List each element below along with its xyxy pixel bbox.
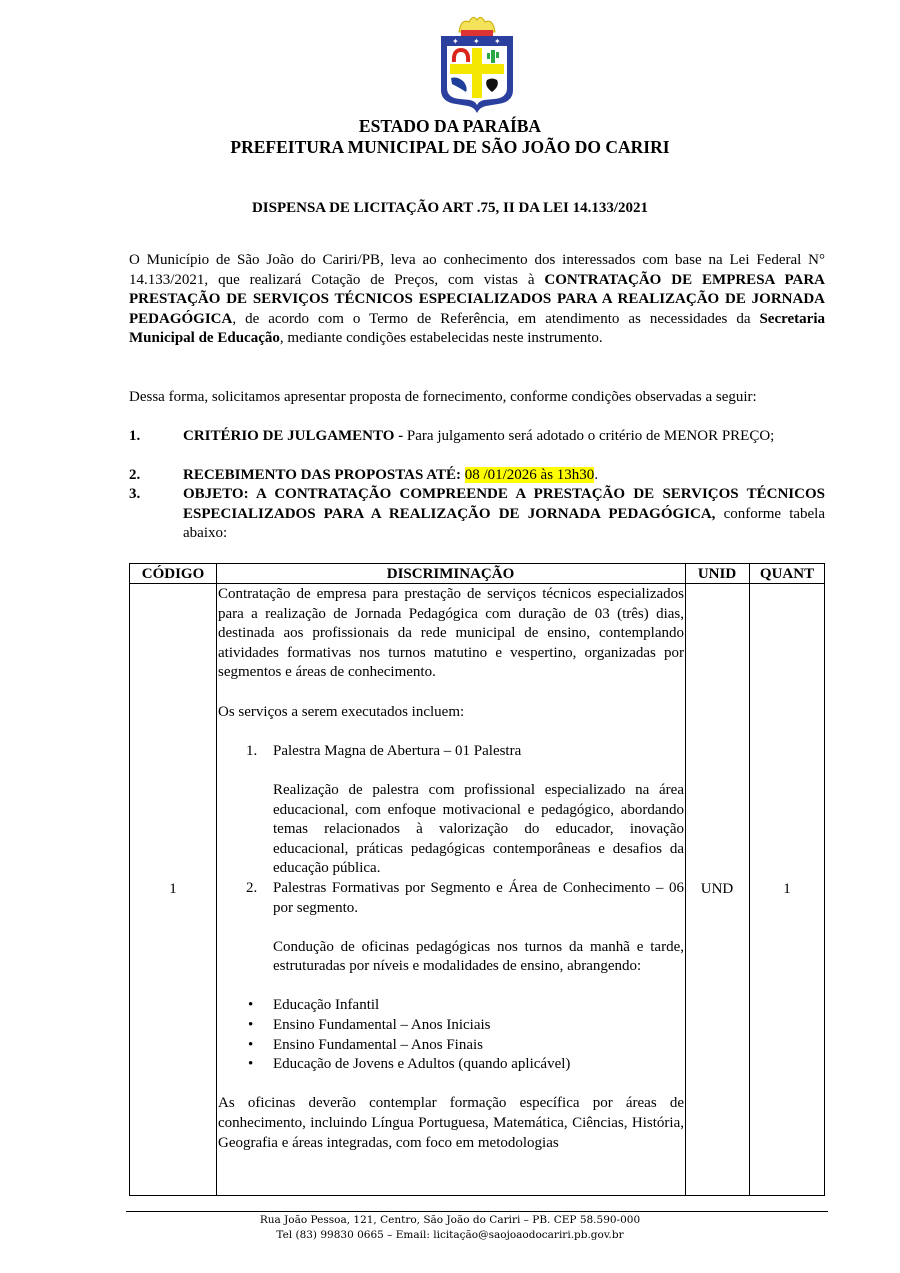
item-object: OBJETO: A CONTRATAÇÃO COMPREENDE A PREST… [183,485,825,544]
prefecture-heading: PREFEITURA MUNICIPAL DE SÃO JOÃO DO CARI… [0,137,900,158]
lead-paragraph: Dessa forma, solicitamos apresentar prop… [129,388,825,408]
cell-code: 1 [130,880,216,900]
column-header-description: DISCRIMINAÇÃO [216,564,685,584]
segment-item: •Ensino Fundamental – Anos Finais [218,1036,684,1056]
service-item-2: 2. Palestras Formativas por Segmento e Á… [218,879,684,977]
bullet-icon: • [248,996,253,1016]
item-proposal-deadline: RECEBIMENTO DAS PROPOSTAS ATÉ: 08 /01/20… [183,466,825,486]
document-title: DISPENSA DE LICITAÇÃO ART .75, II DA LEI… [0,199,900,217]
crest-icon: ✦ ✦ ✦ [436,10,518,114]
service-number: 1. [246,742,257,762]
bullet-icon: • [248,1036,253,1056]
cell-quantity: 1 [749,880,825,900]
segment-label: Ensino Fundamental – Anos Finais [273,1037,483,1053]
cell-description: Contratação de empresa para prestação de… [218,585,684,1153]
segment-item: •Educação Infantil [218,996,684,1016]
svg-text:✦: ✦ [494,37,501,46]
bullet-icon: • [248,1016,253,1036]
column-header-unit: UNID [685,564,749,584]
item-judgment-criterion: CRITÉRIO DE JULGAMENTO - Para julgamento… [183,427,825,447]
service-title: Palestras Formativas por Segmento e Área… [273,879,684,918]
segment-label: Ensino Fundamental – Anos Iniciais [273,1017,490,1033]
service-title: Palestra Magna de Abertura – 01 Palestra [273,742,684,762]
intro-text-2: , de acordo com o Termo de Referência, e… [232,311,759,327]
svg-text:✦: ✦ [473,37,480,46]
footer-contact: Tel (83) 99830 0665 – Email: licitação@s… [0,1228,900,1243]
footer-address: Rua João Pessoa, 121, Centro, São João d… [0,1213,900,1228]
item-1-label: CRITÉRIO DE JULGAMENTO - [183,428,403,444]
column-header-quantity: QUANT [749,564,825,584]
column-divider [216,564,217,1195]
item-1-text: Para julgamento será adotado o critério … [403,428,774,444]
svg-text:✦: ✦ [452,37,459,46]
segment-item: •Ensino Fundamental – Anos Iniciais [218,1016,684,1036]
state-heading: ESTADO DA PARAÍBA [0,116,900,137]
segment-label: Educação de Jovens e Adultos (quando apl… [273,1056,570,1072]
service-detail: Condução de oficinas pedagógicas nos tur… [273,938,684,977]
bullet-icon: • [248,1055,253,1075]
services-lead: Os serviços a serem executados incluem: [218,703,684,723]
item-number-3: 3. [129,485,140,505]
segment-item: •Educação de Jovens e Adultos (quando ap… [218,1055,684,1075]
coat-of-arms-logo: ✦ ✦ ✦ [436,10,518,114]
item-number-2: 2. [129,466,140,486]
cell-unit: UND [685,880,749,900]
service-detail: Realização de palestra com profissional … [273,781,684,879]
item-2-text: . [594,467,598,483]
item-number-1: 1. [129,427,140,447]
workshops-closing: As oficinas deverão contemplar formação … [218,1094,684,1153]
service-number: 2. [246,879,257,899]
intro-text-3: , mediante condições estabelecidas neste… [280,330,603,346]
intro-paragraph: O Município de São João do Cariri/PB, le… [129,251,825,349]
segment-label: Educação Infantil [273,997,379,1013]
deadline-highlight: 08 /01/2026 às 13h30 [465,467,595,483]
description-intro: Contratação de empresa para prestação de… [218,585,684,683]
items-table: CÓDIGO DISCRIMINAÇÃO UNID QUANT 1 UND 1 … [129,563,825,1196]
item-2-label: RECEBIMENTO DAS PROPOSTAS ATÉ: [183,467,461,483]
footer-divider [126,1211,828,1212]
column-header-code: CÓDIGO [130,564,216,584]
service-item-1: 1. Palestra Magna de Abertura – 01 Pales… [218,742,684,879]
